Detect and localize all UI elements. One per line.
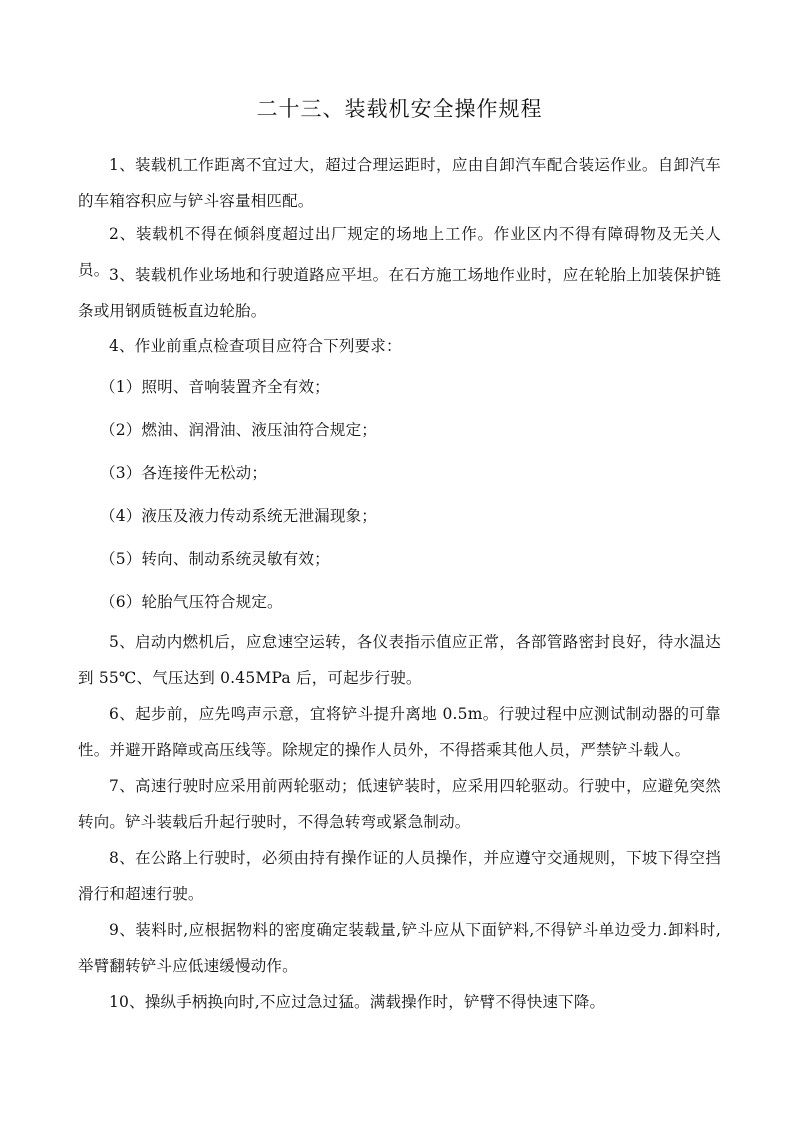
paragraph-4: 4、作业前重点检查项目应符合下列要求：	[78, 328, 721, 364]
list-item-4-1: （1）照明、音响装置齐全有效；	[78, 369, 721, 405]
list-item-4-3: （3）各连接件无松动；	[78, 455, 721, 491]
document-title: 二十三、装载机安全操作规程	[78, 94, 721, 124]
list-item-4-5: （5）转向、制动系统灵敏有效；	[78, 541, 721, 577]
paragraph-7: 7、高速行驶时应采用前两轮驱动；低速铲装时，应采用四轮驱动。行驶中，应避免突然转…	[78, 768, 721, 840]
paragraph-5: 5、启动内燃机后，应怠速空运转，各仪表指示值应正常，各部管路密封良好，待水温达到…	[78, 624, 721, 696]
list-item-4-6: （6）轮胎气压符合规定。	[78, 584, 721, 620]
paragraph-10: 10、操纵手柄换向时,不应过急过猛。满载操作时，铲臂不得快速下降。	[78, 984, 721, 1020]
paragraph-3: 3、装载机作业场地和行驶道路应平坦。在石方施工场地作业时，应在轮胎上加装保护链条…	[78, 257, 721, 329]
paragraph-1: 1、装载机工作距离不宜过大，超过合理运距时，应由自卸汽车配合装运作业。自卸汽车的…	[78, 147, 721, 219]
paragraph-6: 6、起步前，应先鸣声示意，宜将铲斗提升离地 0.5m。行驶过程中应测试制动器的可…	[78, 696, 721, 768]
paragraph-9: 9、装料时,应根据物料的密度确定装载量,铲斗应从下面铲料,不得铲斗单边受力.卸料…	[78, 912, 721, 984]
list-item-4-2: （2）燃油、润滑油、液压油符合规定；	[78, 412, 721, 448]
paragraph-8: 8、在公路上行驶时，必须由持有操作证的人员操作，并应遵守交通规则，下坡下得空挡滑…	[78, 840, 721, 912]
list-item-4-4: （4）液压及液力传动系统无泄漏现象；	[78, 498, 721, 534]
